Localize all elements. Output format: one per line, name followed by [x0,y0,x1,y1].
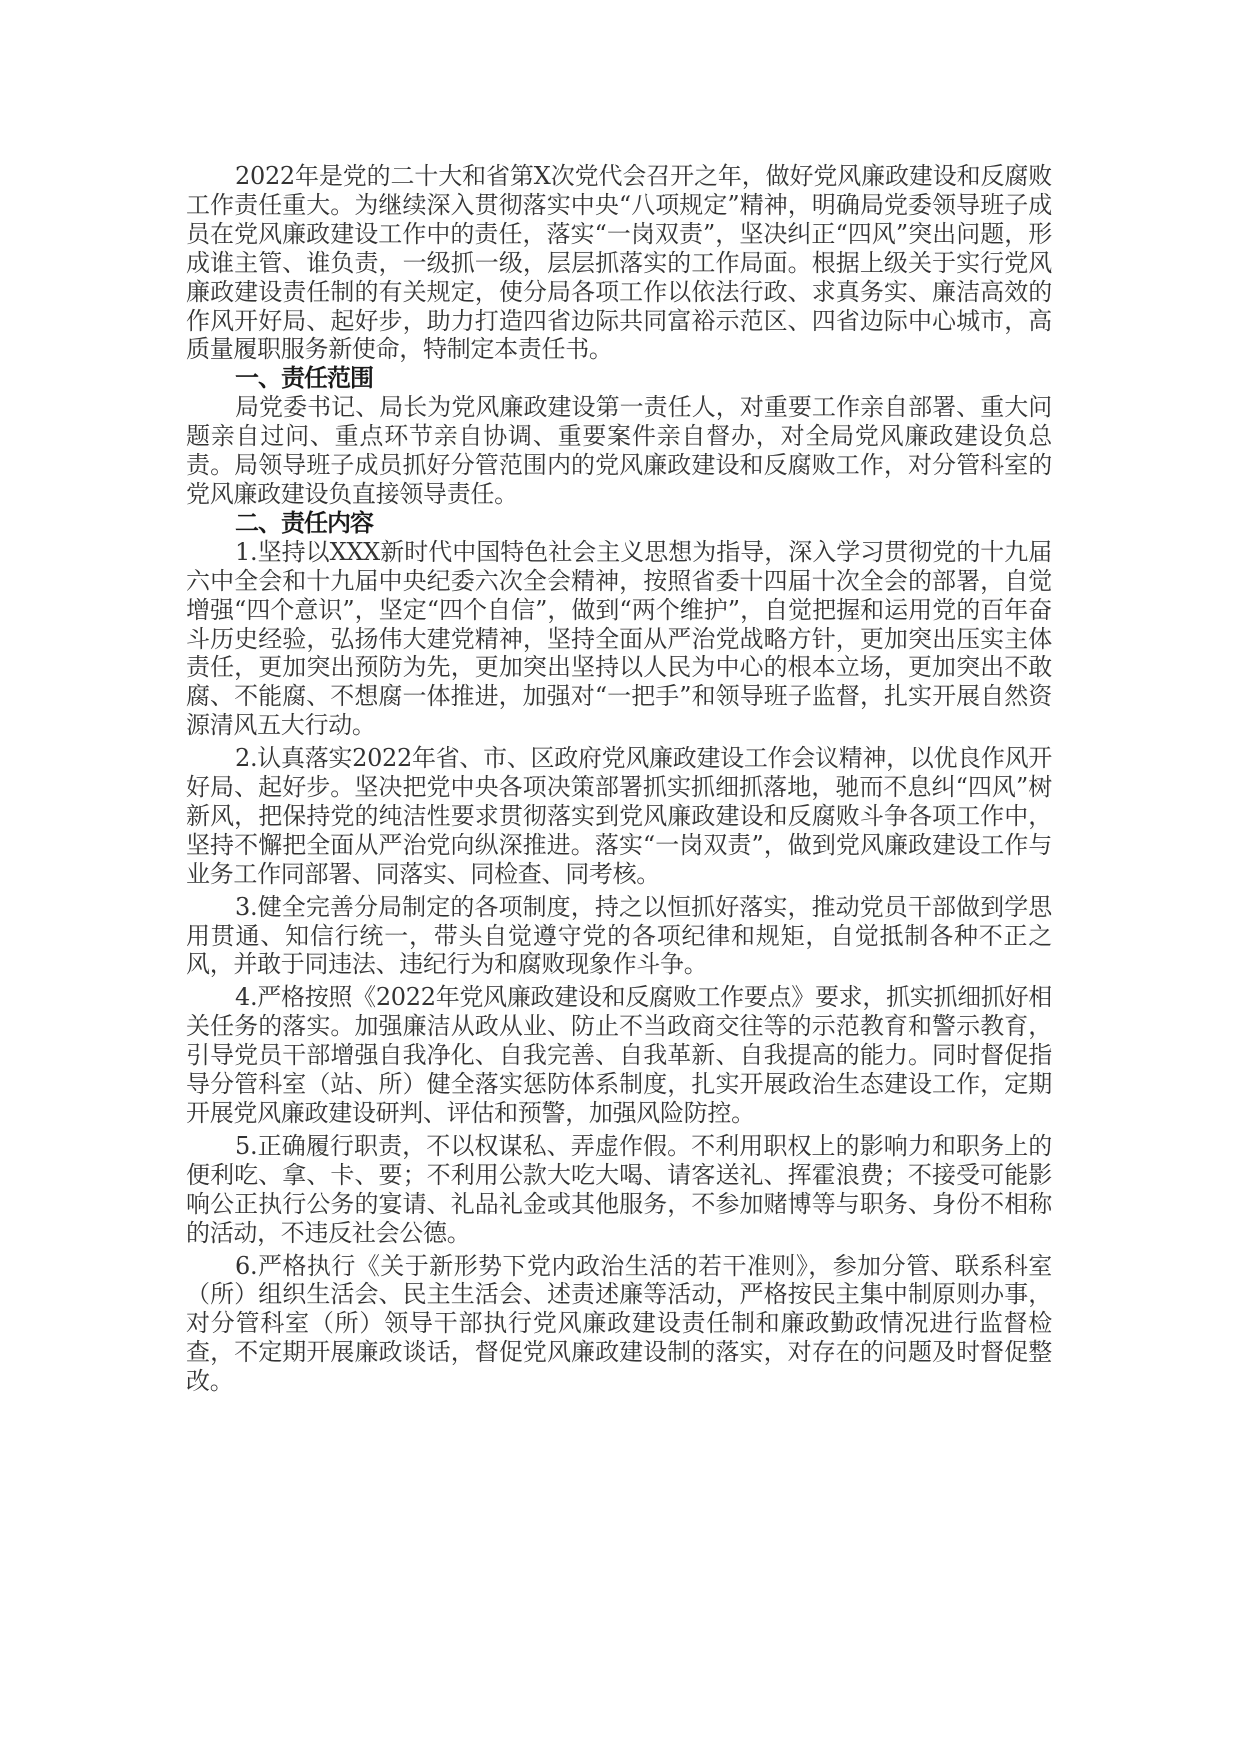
content-item-3: 3.健全完善分局制定的各项制度，持之以恒抓好落实，推动党员干部做到学思用贯通、知… [186,893,1052,980]
section-heading-content: 二、责任内容 [186,509,1052,538]
content-item-2: 2.认真落实2022年省、市、区政府党风廉政建设工作会议精神，以优良作风开好局、… [186,744,1052,889]
content-item-5: 5.正确履行职责，不以权谋私、弄虚作假。不利用职权上的影响力和职务上的便利吃、拿… [186,1132,1052,1248]
content-item-6: 6.严格执行《关于新形势下党内政治生活的若干准则》，参加分管、联系科室（所）组织… [186,1252,1052,1397]
intro-paragraph: 2022年是党的二十大和省第X次党代会召开之年，做好党风廉政建设和反腐败工作责任… [186,162,1052,364]
scope-paragraph: 局党委书记、局长为党风廉政建设第一责任人，对重要工作亲自部署、重大问题亲自过问、… [186,393,1052,509]
content-item-4: 4.严格按照《2022年党风廉政建设和反腐败工作要点》要求，抓实抓细抓好相关任务… [186,983,1052,1128]
section-heading-scope: 一、责任范围 [186,364,1052,393]
content-item-1: 1.坚持以XXX新时代中国特色社会主义思想为指导，深入学习贯彻党的十九届六中全会… [186,538,1052,740]
document-page: 2022年是党的二十大和省第X次党代会召开之年，做好党风廉政建设和反腐败工作责任… [186,162,1052,1396]
